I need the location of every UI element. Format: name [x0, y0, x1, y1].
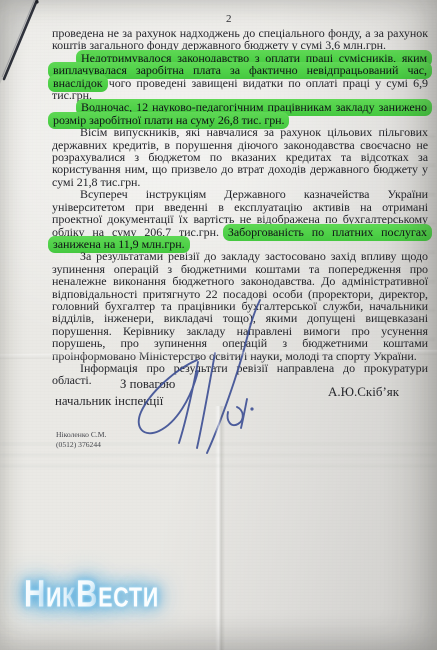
document-text-block: проведена не за рахунок надходжень до сп…	[52, 27, 428, 387]
paragraph: Вісім випускників, які навчалися за раху…	[52, 126, 428, 188]
paragraph: Недотримувалося законодавство з оплати п…	[52, 52, 428, 102]
paragraph-text: проведена не за рахунок надходжень до сп…	[52, 26, 428, 52]
closing-block: З повагою начальник інспекції	[55, 376, 175, 410]
watermark-text: В	[76, 572, 98, 615]
bleedthrough-margin	[415, 80, 435, 360]
paragraph-text: За результатами ревізії до закладу засто…	[52, 249, 428, 362]
paragraph-text: чого проведені завищені видатки по оплат…	[52, 76, 428, 102]
bleedthrough-text	[0, 438, 437, 468]
watermark-text: Н	[24, 572, 46, 615]
watermark-text: ик	[46, 581, 76, 613]
paragraph: Всупереч інструкціям Державного казначей…	[52, 188, 428, 250]
watermark-logo: НикВести	[24, 572, 159, 616]
paragraph: За результатами ревізії до закладу засто…	[52, 250, 428, 362]
paragraph: проведена не за рахунок надходжень до сп…	[52, 27, 428, 52]
closing-title: начальник інспекції	[55, 393, 175, 410]
closing-regards: З повагою	[120, 376, 175, 393]
page-number: 2	[226, 13, 232, 25]
paragraph: Водночас, 12 науково-педагогічним праців…	[52, 101, 428, 126]
paragraph-text: Вісім випускників, які навчалися за раху…	[52, 125, 428, 189]
watermark-text: ести	[98, 581, 159, 613]
document-photo: 2 проведена не за рахунок надходжень до …	[0, 0, 437, 650]
signer-name: А.Ю.Скіб’як	[328, 384, 399, 400]
